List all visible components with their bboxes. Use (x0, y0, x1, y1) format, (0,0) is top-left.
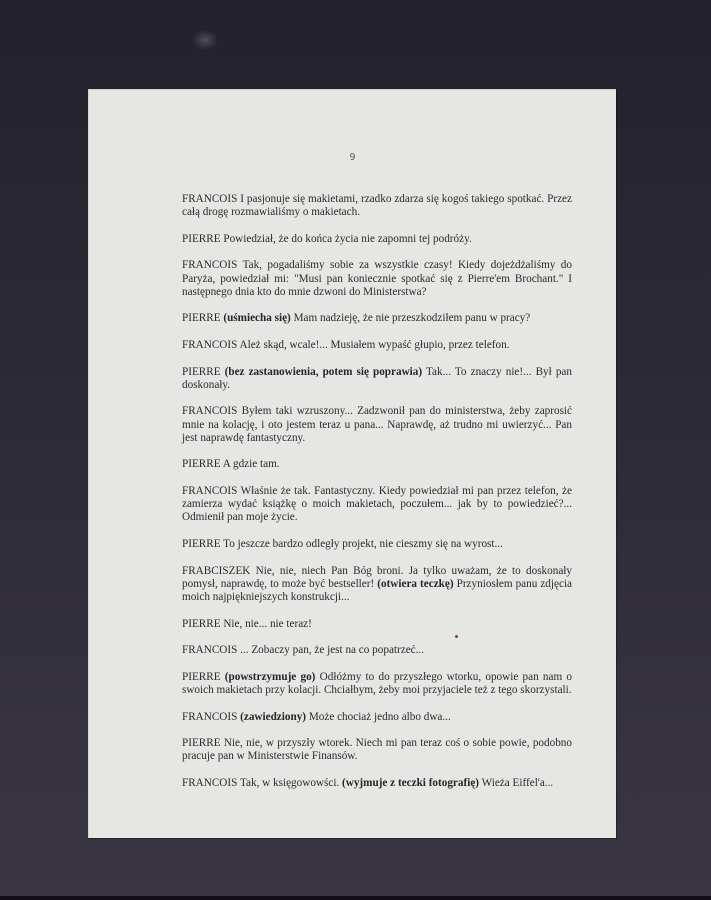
script-body: FRANCOIS I pasjonuje się makietami, rzad… (182, 193, 572, 804)
speaker-name: FRABCISZEK (182, 565, 250, 577)
dialogue-text: Nie, nie, w przyszły wtorek. Niech mi pa… (182, 737, 572, 762)
dialogue-text: Tak, pogadaliśmy sobie za wszystkie czas… (182, 259, 572, 297)
scanner-edge (0, 896, 711, 900)
ink-speck (455, 635, 458, 638)
speaker-name: PIERRE (182, 618, 221, 630)
dialogue-paragraph: FRANCOIS Tak, pogadaliśmy sobie za wszys… (182, 259, 572, 299)
speaker-name: PIERRE (182, 538, 221, 550)
speaker-name: PIERRE (182, 458, 221, 470)
page-number: 9 (89, 152, 616, 163)
dialogue-paragraph: PIERRE (bez zastanowienia, potem się pop… (182, 366, 572, 392)
dialogue-paragraph: PIERRE To jeszcze bardzo odległy projekt… (182, 538, 572, 551)
dialogue-text: To jeszcze bardzo odległy projekt, nie c… (223, 538, 503, 550)
dialogue-paragraph: FRANCOIS I pasjonuje się makietami, rzad… (182, 193, 572, 219)
speaker-name: PIERRE (182, 366, 221, 378)
speaker-name: PIERRE (182, 233, 221, 245)
dialogue-text: Powiedział, że do końca życia nie zapomn… (223, 233, 471, 245)
speaker-name: FRANCOIS (182, 339, 237, 351)
speaker-name: FRANCOIS (182, 485, 237, 497)
dust-smudge (192, 30, 218, 50)
speaker-name: FRANCOIS (182, 777, 237, 789)
speaker-name: FRANCOIS (182, 405, 237, 417)
dialogue-paragraph: PIERRE Nie, nie... nie teraz! (182, 618, 572, 631)
dialogue-text: A gdzie tam. (223, 458, 280, 470)
dialogue-text: Nie, nie... nie teraz! (223, 618, 312, 630)
stage-direction: (powstrzymuje go) (225, 671, 316, 683)
dialogue-paragraph: PIERRE Nie, nie, w przyszły wtorek. Niec… (182, 737, 572, 763)
speaker-name: FRANCOIS (182, 259, 237, 271)
dialogue-paragraph: FRABCISZEK Nie, nie, niech Pan Bóg broni… (182, 565, 572, 605)
dialogue-paragraph: FRANCOIS Właśnie że tak. Fantastyczny. K… (182, 485, 572, 525)
dialogue-text: I pasjonuje się makietami, rzadko zdarza… (182, 193, 572, 218)
dialogue-text: ... Zobaczy pan, że jest na co popatrzeć… (240, 644, 424, 656)
document-page: 9 FRANCOIS I pasjonuje się makietami, rz… (88, 89, 616, 838)
stage-direction: (otwiera teczkę) (377, 578, 453, 590)
stage-direction: (wyjmuje z teczki fotografię) (342, 777, 479, 789)
stage-direction: (zawiedziony) (240, 711, 306, 723)
dialogue-paragraph: PIERRE A gdzie tam. (182, 458, 572, 471)
dialogue-text: Ależ skąd, wcale!... Musiałem wypaść głu… (240, 339, 510, 351)
dialogue-text: Może chociaż jedno albo dwa... (309, 711, 451, 723)
dialogue-text: Byłem taki wzruszony... Zadzwonił pan do… (182, 405, 572, 443)
speaker-name: PIERRE (182, 312, 221, 324)
dialogue-text: Mam nadzieję, że nie przeszkodziłem panu… (294, 312, 531, 324)
dialogue-paragraph: PIERRE (powstrzymuje go) Odłóżmy to do p… (182, 671, 572, 697)
dialogue-text: Tak, w księgowowści. (240, 777, 339, 789)
dialogue-paragraph: PIERRE Powiedział, że do końca życia nie… (182, 233, 572, 246)
stage-direction: (bez zastanowienia, potem się poprawia) (225, 366, 422, 378)
dialogue-paragraph: FRANCOIS (zawiedziony) Może chociaż jedn… (182, 711, 572, 724)
dialogue-paragraph: PIERRE (uśmiecha się) Mam nadzieję, że n… (182, 312, 572, 325)
dialogue-paragraph: FRANCOIS Tak, w księgowowści. (wyjmuje z… (182, 777, 572, 790)
speaker-name: PIERRE (182, 737, 221, 749)
speaker-name: FRANCOIS (182, 193, 237, 205)
stage-direction: (uśmiecha się) (223, 312, 290, 324)
dialogue-text: Właśnie że tak. Fantastyczny. Kiedy powi… (182, 485, 572, 523)
speaker-name: FRANCOIS (182, 644, 237, 656)
dialogue-text: Wieża Eiffel'a... (482, 777, 554, 789)
dialogue-paragraph: FRANCOIS Byłem taki wzruszony... Zadzwon… (182, 405, 572, 445)
speaker-name: FRANCOIS (182, 711, 237, 723)
dialogue-paragraph: FRANCOIS ... Zobaczy pan, że jest na co … (182, 644, 572, 657)
speaker-name: PIERRE (182, 671, 221, 683)
dialogue-paragraph: FRANCOIS Ależ skąd, wcale!... Musiałem w… (182, 339, 572, 352)
